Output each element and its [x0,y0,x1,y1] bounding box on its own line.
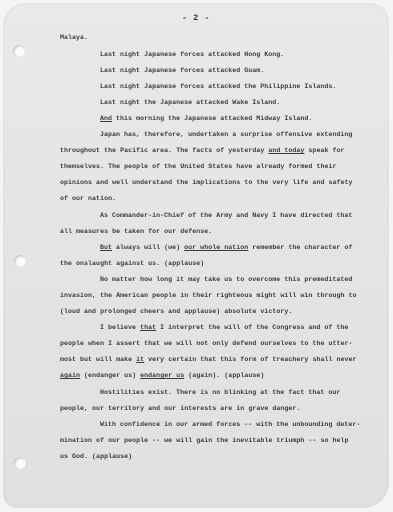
text-line: Last night Japanese forces attacked Hong… [100,51,284,58]
text-line: Last night the Japanese attacked Wake Is… [100,99,280,106]
text-line: Hostilities exist. There is no blinking … [100,389,340,396]
underlined-text: endanger us [140,372,184,379]
underlined-text: our whole nation [184,244,248,251]
text-line: again (endanger us) endanger us (again).… [60,372,264,379]
text-span: I believe [100,324,140,331]
page-number: - 2 - [3,13,389,23]
binder-hole [14,255,26,267]
underlined-text: it [136,356,144,363]
text-span: throughout the Pacific area. The facts o… [60,147,268,154]
text-line: Last night Japanese forces attacked Guam… [100,67,264,74]
text-line: the onslaught against us. (applause) [60,260,204,267]
binder-hole [13,45,25,57]
text-span: very certain that this form of treachery… [144,356,356,363]
text-span: I interpret the will of the Congress and… [156,324,348,331]
underlined-text: and today [268,147,304,154]
text-line: Japan has, therefore, undertaken a surpr… [100,131,352,138]
text-line: I believe that I interpret the will of t… [100,324,348,331]
text-span: always will (we) [112,244,184,251]
text-line: (loud and prolonged cheers and applause)… [60,308,292,315]
text-line: opinions and well understand the implica… [60,179,353,186]
text-span: (endanger us) [80,372,140,379]
text-line: of our nation. [60,195,116,202]
text-line: mination of our people -- we will gain t… [60,437,349,444]
binder-hole [14,457,26,469]
text-line: all measures be taken for our defense. [60,228,212,235]
text-line: With confidence in our armed forces -- w… [100,421,360,428]
text-line: people when I assert that we will not on… [60,340,353,347]
text-line: Last night Japanese forces attacked the … [100,83,336,90]
underlined-text: again [60,372,80,379]
underlined-text: And [100,115,112,122]
text-span: most but will make [60,356,136,363]
text-line: us God. (applause) [60,453,132,460]
underlined-text: But [100,244,112,251]
text-line: people, our territory and our interests … [60,405,300,412]
text-line: themselves. The people of the United Sta… [60,163,336,170]
text-line: No matter how long it may take us to ove… [100,276,352,283]
text-line: throughout the Pacific area. The facts o… [60,147,345,154]
text-line: invasion, the American people in their r… [60,292,357,299]
typed-page: - 2 - Malaya.Last night Japanese forces … [3,3,389,508]
text-span: this morning the Japanese attacked Midwa… [112,115,312,122]
underlined-text: that [140,324,156,331]
text-span: remember the character of [248,244,352,251]
text-span: (again). (applause) [184,372,264,379]
text-line: And this morning the Japanese attacked M… [100,115,312,122]
text-line: most but will make it very certain that … [60,356,357,363]
text-line: As Commander-in-Chief of the Army and Na… [100,212,352,219]
text-line: Malaya. [60,34,88,41]
text-span: speak for [304,147,344,154]
text-line: But always will (we) our whole nation re… [100,244,352,251]
